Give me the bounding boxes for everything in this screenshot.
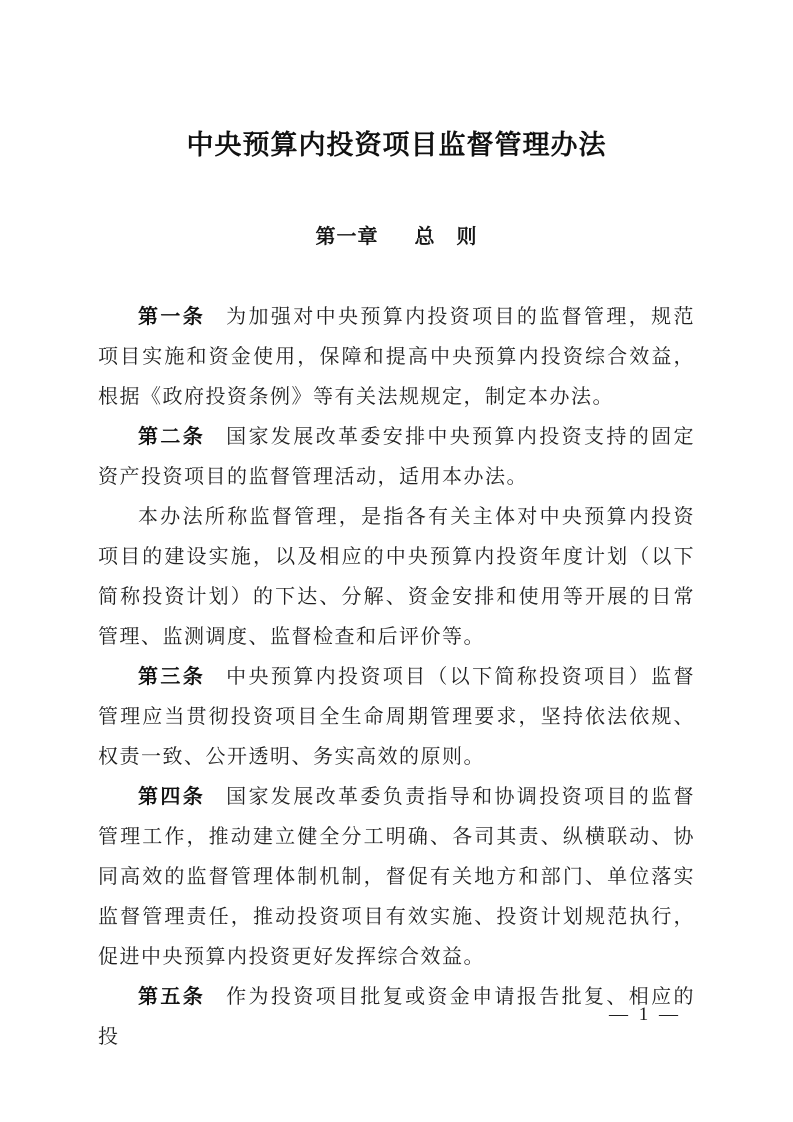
article-paragraph-6: 第五条作为投资项目批复或资金申请报告批复、相应的投 [98, 977, 695, 1057]
chapter-number: 第一章 [316, 226, 379, 248]
article-text: 国家发展改革委负责指导和协调投资项目的监督管理工作，推动建立健全分工明确、各司其… [98, 786, 695, 968]
article-paragraph-5: 第四条国家发展改革委负责指导和协调投资项目的监督管理工作，推动建立健全分工明确、… [98, 777, 695, 977]
page-number: — 1 — [609, 1003, 681, 1027]
article-label: 第五条 [138, 986, 205, 1008]
article-label: 第二条 [138, 426, 205, 448]
document-title: 中央预算内投资项目监督管理办法 [98, 0, 695, 162]
article-label: 第四条 [138, 786, 205, 808]
article-paragraph-2: 第二条国家发展改革委安排中央预算内投资支持的固定资产投资项目的监督管理活动，适用… [98, 417, 695, 497]
article-paragraph-1: 第一条为加强对中央预算内投资项目的监督管理，规范项目实施和资金使用，保障和提高中… [98, 297, 695, 417]
article-text: 本办法所称监督管理，是指各有关主体对中央预算内投资项目的建设实施，以及相应的中央… [98, 506, 695, 648]
chapter-heading: 第一章总 则 [98, 224, 695, 250]
article-paragraph-4: 第三条中央预算内投资项目（以下简称投资项目）监督管理应当贯彻投资项目全生命周期管… [98, 657, 695, 777]
document-page: 中央预算内投资项目监督管理办法 第一章总 则 第一条为加强对中央预算内投资项目的… [0, 0, 793, 1122]
document-body: 第一条为加强对中央预算内投资项目的监督管理，规范项目实施和资金使用，保障和提高中… [98, 297, 695, 1057]
article-label: 第一条 [138, 306, 205, 328]
chapter-title: 总 则 [415, 226, 478, 248]
article-paragraph-3: 本办法所称监督管理，是指各有关主体对中央预算内投资项目的建设实施，以及相应的中央… [98, 497, 695, 657]
article-label: 第三条 [138, 666, 205, 688]
